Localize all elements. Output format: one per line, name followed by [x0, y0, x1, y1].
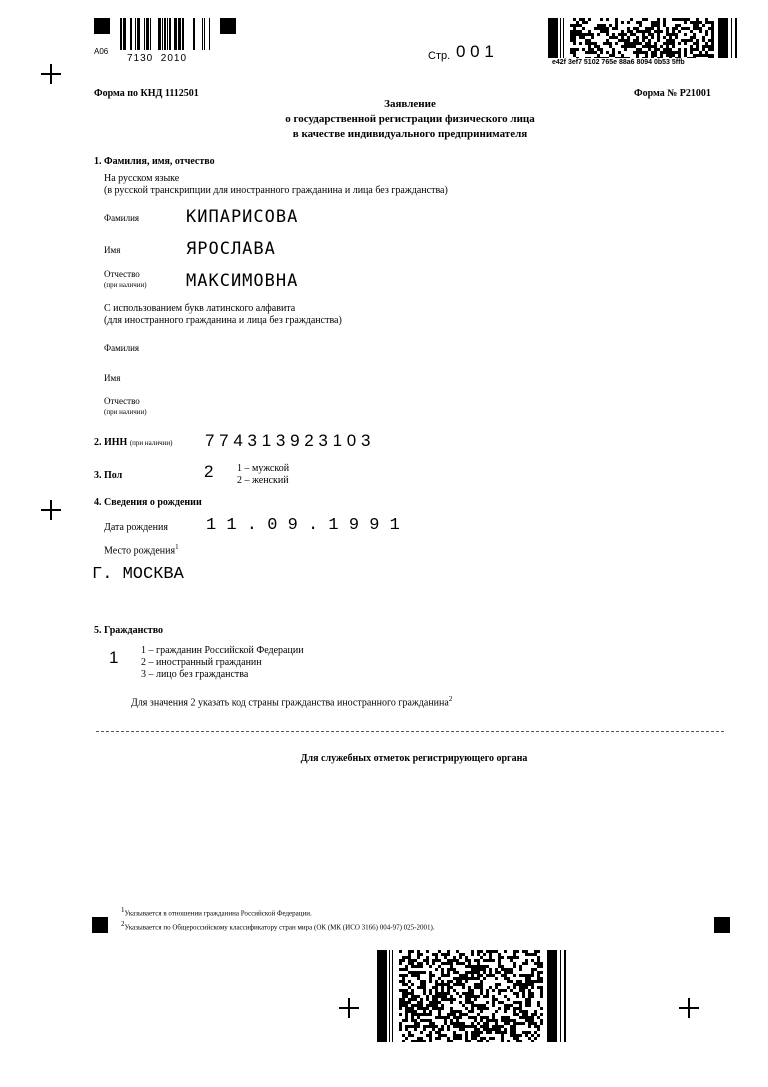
registration-marker-top-mid	[220, 18, 236, 34]
section5-heading: 5. Гражданство	[94, 625, 163, 636]
barcode-left-number: 7130 2010	[127, 53, 187, 64]
title-line1: Заявление	[200, 97, 620, 112]
birth-place-field[interactable]: Г. МОСКВА	[92, 565, 184, 584]
crosshair-icon	[41, 500, 61, 520]
crosshair-icon	[41, 64, 61, 84]
footnote-2: 2Указывается по Общероссийскому классифи…	[121, 920, 435, 931]
barcode-left	[120, 18, 210, 50]
latin-patronymic-label: Отчество (при наличии)	[104, 396, 147, 418]
latin-patronymic-field[interactable]	[186, 396, 706, 416]
official-use-heading: Для служебных отметок регистрирующего ор…	[200, 753, 628, 764]
barcode-left-prefix: A06	[94, 47, 108, 56]
latin-surname-label: Фамилия	[104, 343, 139, 353]
section1-russian-label: На русском языке (в русской транскрипции…	[104, 173, 448, 197]
section2-heading: 2. ИНН (при наличии)	[94, 437, 172, 448]
gender-options: 1 – мужской 2 – женский	[237, 463, 289, 487]
surname-field[interactable]: КИПАРИСОВА	[186, 207, 298, 227]
section4-heading: 4. Сведения о рождении	[94, 497, 202, 508]
barcode-bottom	[377, 950, 569, 1042]
inn-field[interactable]: 7 7 4 3 1 3 9 2 3 1 0 3	[205, 431, 370, 451]
dashed-divider	[96, 731, 724, 732]
page-label: Стр.	[428, 50, 450, 62]
patronymic-label: Отчество (при наличии)	[104, 269, 147, 291]
birth-date-label: Дата рождения	[104, 522, 168, 533]
registration-marker-bottom-right	[714, 917, 730, 933]
barcode-right	[548, 18, 740, 58]
name-field[interactable]: ЯРОСЛАВА	[186, 239, 276, 259]
section1-heading: 1. Фамилия, имя, отчество	[94, 156, 215, 167]
registration-marker-top-left	[94, 18, 110, 34]
crosshair-icon	[339, 998, 359, 1018]
citizenship-field[interactable]: 1	[109, 648, 118, 668]
title-line2: о государственной регистрации физическог…	[200, 112, 620, 127]
latin-surname-field[interactable]	[186, 338, 706, 358]
citizenship-note: Для значения 2 указать код страны гражда…	[131, 695, 452, 708]
page-number: 0 0 1	[456, 42, 494, 62]
birth-date-field[interactable]: 1 1 . 0 9 . 1 9 9 1	[206, 516, 400, 535]
form-knd: Форма по КНД 1112501	[94, 88, 199, 99]
gender-field[interactable]: 2	[204, 462, 213, 482]
form-number: Форма № Р21001	[634, 88, 711, 99]
document-title: Заявление о государственной регистрации …	[200, 97, 620, 142]
registration-marker-bottom-left	[92, 917, 108, 933]
latin-name-label: Имя	[104, 373, 120, 383]
birth-place-label: Место рождения1	[104, 543, 179, 556]
barcode-right-code: e42f 3ef7 5102 765e 88a6 8094 0b53 5ffb	[552, 59, 685, 66]
citizenship-options: 1 – гражданин Российской Федерации 2 – и…	[141, 645, 304, 681]
name-label: Имя	[104, 245, 120, 255]
surname-label: Фамилия	[104, 213, 139, 223]
section1-latin-label: С использованием букв латинского алфавит…	[104, 303, 342, 327]
crosshair-icon	[679, 998, 699, 1018]
title-line3: в качестве индивидуального предпринимате…	[200, 127, 620, 142]
latin-name-field[interactable]	[186, 368, 706, 388]
section3-heading: 3. Пол	[94, 470, 122, 481]
footnote-1: 1Указывается в отношении гражданина Росс…	[121, 906, 312, 917]
patronymic-field[interactable]: МАКСИМОВНА	[186, 271, 298, 291]
